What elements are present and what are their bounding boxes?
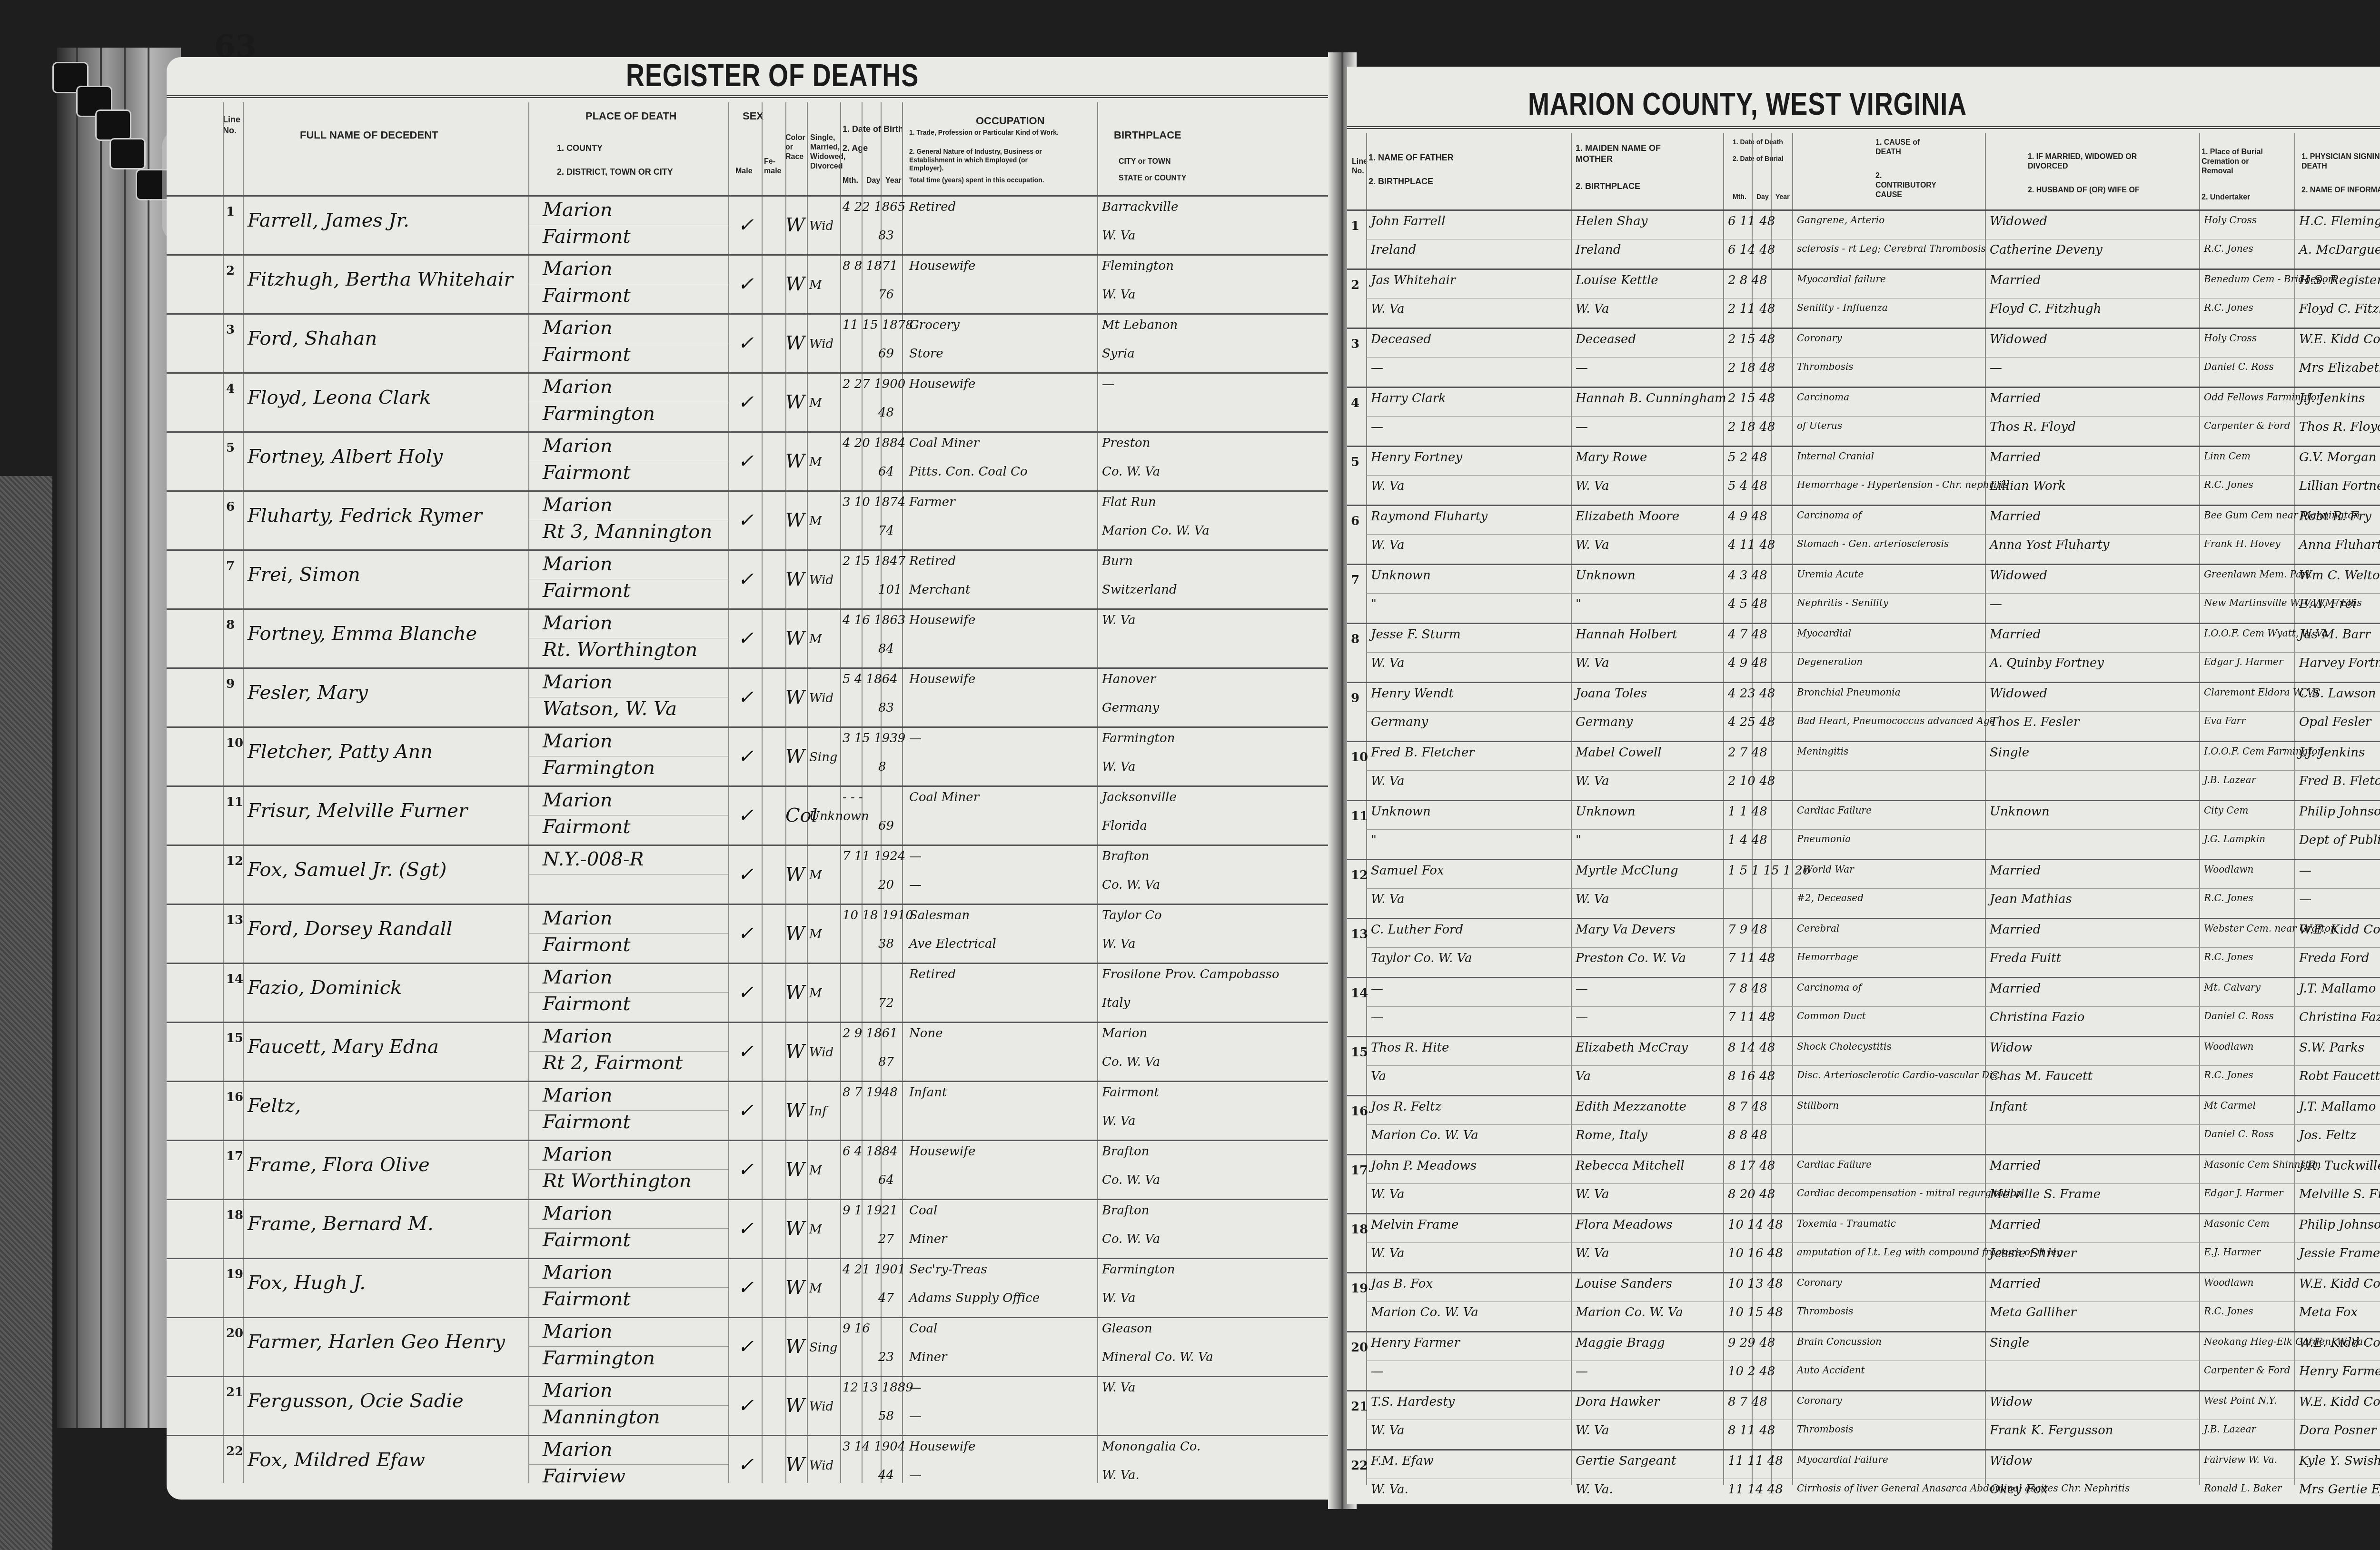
physician-signing: W.E. Kidd Cor bbox=[2299, 332, 2380, 347]
marital-status: Wid bbox=[809, 337, 833, 351]
mother-maiden-name: Edith Mezzanotte bbox=[1576, 1100, 1686, 1114]
father-birthplace: W. Va bbox=[1371, 774, 1405, 788]
cause-of-death: Internal Cranial bbox=[1797, 450, 1874, 462]
date-of-birth: - - - bbox=[843, 790, 863, 805]
place-town: Watson, W. Va bbox=[543, 698, 677, 720]
father-birthplace: — bbox=[1371, 361, 1383, 375]
father-name: Harry Clark bbox=[1371, 391, 1446, 406]
mother-maiden-name: Flora Meadows bbox=[1576, 1218, 1673, 1232]
age: 48 bbox=[878, 406, 894, 420]
row-divider bbox=[167, 963, 1342, 964]
informant-name: Melville S. Frame bbox=[2299, 1187, 2380, 1202]
hdr-dob: 1. Date of Birth bbox=[843, 124, 903, 135]
birthplace-state: Co. W. Va bbox=[1102, 465, 1160, 479]
row-subdivider bbox=[1366, 1361, 2380, 1361]
father-birthplace: — bbox=[1371, 1010, 1383, 1024]
undertaker: Eva Farr bbox=[2204, 715, 2246, 726]
occupation-trade: Grocery bbox=[909, 318, 960, 332]
sex-male-check: ✓ bbox=[738, 1041, 754, 1063]
date-of-birth: 2 27 1900 bbox=[843, 377, 905, 391]
row-divider bbox=[167, 1317, 1342, 1318]
father-name: Unknown bbox=[1371, 805, 1431, 819]
row-subdivider bbox=[528, 1464, 728, 1465]
age: 76 bbox=[878, 288, 894, 302]
physician-signing: J.R. Tuckwiller bbox=[2299, 1159, 2380, 1173]
date-of-birth: 8 8 1871 bbox=[843, 259, 898, 273]
row-subdivider bbox=[1366, 829, 2380, 830]
birthplace-city: Brafton bbox=[1102, 1203, 1150, 1218]
father-name: F.M. Efaw bbox=[1371, 1454, 1434, 1468]
line-number: 17 bbox=[1351, 1163, 1368, 1178]
row-subdivider bbox=[1366, 357, 2380, 358]
hdr-occ-sub2: 2. General Nature of Industry, Business … bbox=[909, 148, 1061, 173]
spouse-name: Jessie Shriver bbox=[1990, 1246, 2076, 1261]
date-of-birth: 2 9 1861 bbox=[843, 1026, 898, 1041]
place-town: Rt 2, Fairmont bbox=[543, 1052, 683, 1074]
father-name: — bbox=[1371, 982, 1383, 996]
line-number: 19 bbox=[1351, 1282, 1368, 1296]
place-town: Rt 3, Mannington bbox=[543, 521, 712, 543]
date-of-death: 2 8 48 bbox=[1728, 273, 1767, 288]
marital-status: Married bbox=[1990, 391, 2041, 406]
burial-place: Holy Cross bbox=[2204, 214, 2257, 226]
birthplace-state: W. Va bbox=[1102, 937, 1136, 951]
undertaker: Carpenter & Ford bbox=[2204, 1364, 2290, 1376]
race: W bbox=[785, 1454, 805, 1476]
date-of-death: 2 15 48 bbox=[1728, 391, 1775, 406]
row-divider bbox=[1347, 1449, 2380, 1451]
occupation-industry: — bbox=[909, 878, 922, 892]
contributory-cause: Degeneration bbox=[1797, 656, 1863, 667]
marital-status: Single bbox=[1990, 1336, 2029, 1350]
informant-name: — bbox=[2299, 892, 2311, 906]
column-divider bbox=[2294, 133, 2295, 1485]
line-number: 14 bbox=[226, 972, 243, 986]
index-tab[interactable] bbox=[95, 109, 131, 141]
line-number: 5 bbox=[1351, 455, 1359, 469]
decedent-name: Fazio, Dominick bbox=[248, 977, 402, 999]
marital-status: M bbox=[809, 986, 822, 1001]
informant-name: Opal Fesler bbox=[2299, 715, 2371, 729]
birthplace-state: Mineral Co. W. Va bbox=[1102, 1350, 1213, 1364]
row-subdivider bbox=[1366, 1420, 2380, 1420]
line-number: 19 bbox=[226, 1267, 243, 1282]
marital-status: Married bbox=[1990, 450, 2041, 465]
contributory-cause: Cardiac decompensation - mitral regurgit… bbox=[1797, 1187, 2023, 1199]
mother-maiden-name: Gertie Sargeant bbox=[1576, 1454, 1676, 1468]
undertaker: Frank H. Hovey bbox=[2204, 538, 2281, 549]
father-name: Jas Whitehair bbox=[1371, 273, 1456, 288]
date-of-burial: 8 11 48 bbox=[1728, 1423, 1775, 1438]
physician-signing: S.W. Parks bbox=[2299, 1041, 2364, 1055]
place-county: Marion bbox=[543, 907, 613, 929]
row-subdivider bbox=[528, 874, 728, 874]
row-subdivider bbox=[528, 1169, 728, 1170]
age: 64 bbox=[878, 465, 894, 479]
marital-status: Wid bbox=[809, 691, 833, 705]
place-town: Fairmont bbox=[543, 462, 631, 484]
mother-maiden-name: Elizabeth McCray bbox=[1576, 1041, 1688, 1055]
spouse-name: Anna Yost Fluharty bbox=[1990, 538, 2110, 552]
sex-male-check: ✓ bbox=[738, 1336, 754, 1358]
marital-status: Married bbox=[1990, 1218, 2041, 1232]
left-page-number: 63 bbox=[214, 29, 257, 64]
row-subdivider bbox=[528, 1228, 728, 1229]
row-subdivider bbox=[1366, 1479, 2380, 1479]
index-tab[interactable] bbox=[109, 138, 146, 169]
line-number: 12 bbox=[1351, 868, 1368, 883]
row-subdivider bbox=[1366, 1065, 2380, 1066]
place-county: Marion bbox=[543, 258, 613, 280]
physician-signing: Philip Johnson bbox=[2299, 1218, 2380, 1232]
burial-place: Woodlawn bbox=[2204, 1277, 2253, 1288]
undertaker: J.G. Lampkin bbox=[2204, 833, 2265, 845]
hdr-female: Fe-male bbox=[764, 157, 778, 176]
race: W bbox=[785, 1100, 805, 1122]
father-birthplace: W. Va bbox=[1371, 302, 1405, 316]
row-subdivider bbox=[528, 579, 728, 579]
decedent-name: Frame, Flora Olive bbox=[248, 1154, 430, 1176]
date-of-burial: 2 18 48 bbox=[1728, 361, 1775, 375]
date-of-birth: 9 1 1921 bbox=[843, 1203, 898, 1218]
line-number: 6 bbox=[1351, 514, 1359, 528]
occupation-trade: Coal bbox=[909, 1203, 937, 1218]
date-of-birth: 8 7 1948 bbox=[843, 1085, 898, 1100]
date-of-burial: 10 16 48 bbox=[1728, 1246, 1783, 1261]
undertaker: R.C. Jones bbox=[2204, 1305, 2253, 1317]
row-divider bbox=[167, 845, 1342, 846]
sex-male-check: ✓ bbox=[738, 450, 754, 472]
date-of-death: 9 29 48 bbox=[1728, 1336, 1775, 1350]
place-county: Marion bbox=[543, 199, 613, 221]
date-of-death: 7 9 48 bbox=[1728, 923, 1767, 937]
mother-birthplace: Ireland bbox=[1576, 243, 1621, 257]
line-number: 10 bbox=[226, 736, 243, 750]
row-subdivider bbox=[1366, 947, 2380, 948]
date-of-burial: 8 16 48 bbox=[1728, 1069, 1775, 1083]
race: W bbox=[785, 1277, 805, 1299]
line-number: 1 bbox=[1351, 219, 1359, 233]
hdr-color: Color or Race bbox=[785, 133, 804, 162]
mother-maiden-name: Myrtle McClung bbox=[1576, 864, 1678, 878]
date-of-death: 10 13 48 bbox=[1728, 1277, 1783, 1291]
date-of-death: 2 15 48 bbox=[1728, 332, 1775, 347]
row-subdivider bbox=[1366, 534, 2380, 535]
decedent-name: Fox, Mildred Efaw bbox=[248, 1449, 425, 1471]
father-name: Thos R. Hite bbox=[1371, 1041, 1449, 1055]
father-birthplace: Taylor Co. W. Va bbox=[1371, 951, 1472, 965]
place-county: Marion bbox=[543, 1380, 613, 1401]
row-subdivider bbox=[528, 1405, 728, 1406]
decedent-name: Faucett, Mary Edna bbox=[248, 1036, 439, 1058]
mother-birthplace: W. Va. bbox=[1576, 1482, 1613, 1497]
place-county: Marion bbox=[543, 1202, 613, 1224]
place-town: Fairmont bbox=[543, 580, 631, 602]
marital-status: Sing bbox=[809, 750, 838, 765]
hdr-place-of-death: PLACE OF DEATH bbox=[585, 109, 676, 123]
marital-status: Widowed bbox=[1990, 568, 2047, 583]
mother-maiden-name: Unknown bbox=[1576, 805, 1636, 819]
sex-male-check: ✓ bbox=[738, 1277, 754, 1299]
marital-status: Inf bbox=[809, 1104, 827, 1119]
hdr-state-county: STATE or COUNTY bbox=[1119, 174, 1187, 183]
contributory-cause: Pneumonia bbox=[1797, 833, 1851, 845]
row-divider bbox=[167, 726, 1342, 728]
mother-maiden-name: Louise Sanders bbox=[1576, 1277, 1672, 1291]
burial-place: City Cem bbox=[2204, 805, 2249, 816]
mother-birthplace: W. Va bbox=[1576, 538, 1609, 552]
header-rule bbox=[1347, 126, 2380, 129]
line-number: 4 bbox=[226, 382, 235, 396]
marital-status: Wid bbox=[809, 1045, 833, 1060]
burial-place: Greenlawn Mem. Park bbox=[2204, 568, 2312, 580]
marital-status: Widow bbox=[1990, 1041, 2032, 1055]
birthplace-city: Frosilone Prov. Campobasso bbox=[1102, 967, 1279, 982]
physician-signing: Kyle Y. Swisher bbox=[2299, 1454, 2380, 1468]
date-of-burial: 2 10 48 bbox=[1728, 774, 1775, 788]
contributory-cause: Hemorrhage bbox=[1797, 951, 1858, 963]
row-subdivider bbox=[1366, 770, 2380, 771]
age: 74 bbox=[878, 524, 894, 538]
hdr-occ-sub1: 1. Trade, Profession or Particular Kind … bbox=[909, 129, 1061, 137]
column-divider bbox=[223, 102, 224, 1483]
occupation-trade: Coal Miner bbox=[909, 436, 979, 450]
occupation-trade: Infant bbox=[909, 1085, 947, 1100]
father-name: T.S. Hardesty bbox=[1371, 1395, 1455, 1409]
cause-of-death: Bronchial Pneumonia bbox=[1797, 686, 1901, 698]
father-birthplace: W. Va bbox=[1371, 1246, 1405, 1261]
occupation-industry: — bbox=[909, 1409, 922, 1423]
marital-status: M bbox=[809, 1282, 822, 1296]
undertaker: J.B. Lazear bbox=[2204, 1423, 2256, 1435]
marital-status: Unknown bbox=[809, 809, 869, 824]
contributory-cause: Thrombosis bbox=[1797, 361, 1854, 372]
row-divider bbox=[167, 785, 1342, 787]
date-of-birth: 3 15 1939 bbox=[843, 731, 905, 745]
race: W bbox=[785, 450, 805, 472]
contributory-cause: Disc. Arteriosclerotic Cardio-vascular D… bbox=[1797, 1069, 2000, 1081]
father-name: Samuel Fox bbox=[1371, 864, 1444, 878]
place-county: Marion bbox=[543, 1439, 613, 1461]
age: 83 bbox=[878, 229, 894, 243]
row-divider bbox=[1347, 1331, 2380, 1332]
birthplace-state: Co. W. Va bbox=[1102, 1232, 1160, 1246]
date-of-death: 11 11 48 bbox=[1728, 1454, 1783, 1468]
father-name: C. Luther Ford bbox=[1371, 923, 1463, 937]
column-divider bbox=[728, 102, 729, 1483]
line-number: 16 bbox=[1351, 1104, 1368, 1119]
row-subdivider bbox=[528, 1346, 728, 1347]
race: W bbox=[785, 864, 805, 885]
birthplace-city: Brafton bbox=[1102, 849, 1150, 864]
spouse-name: Chas M. Faucett bbox=[1990, 1069, 2092, 1083]
father-birthplace: Ireland bbox=[1371, 243, 1416, 257]
place-county: Marion bbox=[543, 730, 613, 752]
race: W bbox=[785, 273, 805, 295]
decedent-name: Ford, Shahan bbox=[248, 328, 377, 349]
mother-maiden-name: Dora Hawker bbox=[1576, 1395, 1660, 1409]
birthplace-state: Switzerland bbox=[1102, 583, 1177, 597]
burial-place: Woodlawn bbox=[2204, 1041, 2253, 1052]
sex-male-check: ✓ bbox=[738, 391, 754, 413]
row-divider bbox=[167, 667, 1342, 669]
physician-signing: Jas M. Barr bbox=[2299, 627, 2370, 642]
row-subdivider bbox=[528, 815, 728, 815]
row-subdivider bbox=[1366, 593, 2380, 594]
date-of-birth: 2 15 1847 bbox=[843, 554, 905, 568]
row-divider bbox=[1347, 1390, 2380, 1391]
date-of-burial: 1 4 48 bbox=[1728, 833, 1767, 847]
hdr-full-name: FULL NAME OF DECEDENT bbox=[300, 129, 438, 142]
age: 83 bbox=[878, 701, 894, 715]
race: W bbox=[785, 1395, 805, 1417]
father-birthplace: Marion Co. W. Va bbox=[1371, 1305, 1478, 1320]
contributory-cause: Thrombosis bbox=[1797, 1305, 1854, 1317]
line-number: 12 bbox=[226, 854, 243, 868]
line-number: 3 bbox=[1351, 337, 1359, 351]
decedent-name: Fox, Samuel Jr. (Sgt) bbox=[248, 859, 446, 881]
cause-of-death: Carcinoma bbox=[1797, 391, 1849, 403]
cause-of-death: Gangrene, Arterio bbox=[1797, 214, 1884, 226]
hdr-physician: 1. PHYSICIAN SIGNING CERTIFICATE OF DEAT… bbox=[2301, 152, 2380, 171]
sex-male-check: ✓ bbox=[738, 982, 754, 1004]
race: W bbox=[785, 214, 805, 236]
marital-status: M bbox=[809, 868, 822, 883]
spouse-name: Catherine Deveny bbox=[1990, 243, 2102, 257]
occupation-trade: Coal Miner bbox=[909, 790, 979, 805]
race: W bbox=[785, 745, 805, 767]
mother-maiden-name: Joana Toles bbox=[1576, 686, 1647, 701]
birthplace-state: Syria bbox=[1102, 347, 1135, 361]
occupation-industry: Miner bbox=[909, 1232, 947, 1246]
occupation-trade: Salesman bbox=[909, 908, 970, 923]
contributory-cause: #2, Deceased bbox=[1797, 892, 1864, 904]
sex-male-check: ✓ bbox=[738, 864, 754, 885]
row-subdivider bbox=[528, 402, 728, 402]
mother-birthplace: W. Va bbox=[1576, 302, 1609, 316]
row-subdivider bbox=[1366, 1006, 2380, 1007]
contributory-cause: Cirrhosis of liver General Anasarca Abdo… bbox=[1797, 1482, 2130, 1494]
sex-male-check: ✓ bbox=[738, 214, 754, 236]
sex-male-check: ✓ bbox=[738, 686, 754, 708]
marital-status: Wid bbox=[809, 1459, 833, 1473]
cause-of-death: Carcinoma of bbox=[1797, 982, 1862, 993]
father-birthplace: " bbox=[1371, 833, 1377, 847]
occupation-trade: Housewife bbox=[909, 1440, 975, 1454]
place-town: Fairmont bbox=[543, 226, 631, 248]
place-town: Rt. Worthington bbox=[543, 639, 697, 661]
date-of-death: 8 14 48 bbox=[1728, 1041, 1775, 1055]
spouse-name: Floyd C. Fitzhugh bbox=[1990, 302, 2101, 316]
hdr-line-no: Line No. bbox=[223, 114, 242, 136]
contributory-cause: Bad Heart, Pneumococcus advanced Age bbox=[1797, 715, 1995, 726]
cause-of-death: Coronary bbox=[1797, 1277, 1842, 1288]
birthplace-state: W. Va bbox=[1102, 229, 1136, 243]
birthplace-city: Marion bbox=[1102, 1026, 1147, 1041]
line-number: 11 bbox=[1351, 809, 1368, 824]
age: 64 bbox=[878, 1173, 894, 1187]
occupation-industry: — bbox=[909, 1468, 922, 1482]
date-of-burial: 10 15 48 bbox=[1728, 1305, 1783, 1320]
occupation-industry: Pitts. Con. Coal Co bbox=[909, 465, 1028, 479]
line-number: 21 bbox=[226, 1385, 243, 1400]
mother-birthplace: Va bbox=[1576, 1069, 1591, 1083]
spouse-name: Thos R. Floyd bbox=[1990, 420, 2076, 434]
marital-status: Married bbox=[1990, 982, 2041, 996]
marital-status: Married bbox=[1990, 273, 2041, 288]
hdr-mother-bp: 2. BIRTHPLACE bbox=[1576, 181, 1640, 192]
father-birthplace: " bbox=[1371, 597, 1377, 611]
undertaker: Edgar J. Harmer bbox=[2204, 1187, 2283, 1199]
contributory-cause: Senility - Influenza bbox=[1797, 302, 1888, 313]
row-divider bbox=[1347, 328, 2380, 329]
occupation-industry: Ave Electrical bbox=[909, 937, 996, 951]
column-divider bbox=[528, 102, 529, 1483]
row-subdivider bbox=[1366, 475, 2380, 476]
spouse-name: Thos E. Fesler bbox=[1990, 715, 2079, 729]
place-town: Rt Worthington bbox=[543, 1170, 691, 1192]
birthplace-state: Florida bbox=[1102, 819, 1147, 833]
father-birthplace: W. Va bbox=[1371, 479, 1405, 493]
mother-birthplace: W. Va bbox=[1576, 479, 1609, 493]
race: W bbox=[785, 982, 805, 1004]
line-number: 13 bbox=[1351, 927, 1368, 942]
row-divider bbox=[167, 431, 1342, 433]
undertaker: R.C. Jones bbox=[2204, 479, 2253, 490]
row-subdivider bbox=[1366, 652, 2380, 653]
mother-maiden-name: Unknown bbox=[1576, 568, 1636, 583]
mother-birthplace: — bbox=[1576, 361, 1588, 375]
place-county: Marion bbox=[543, 317, 613, 339]
hdr-father: 1. NAME OF FATHER bbox=[1368, 152, 1454, 163]
cause-of-death: - World War bbox=[1797, 864, 1854, 875]
hdr-day: Day bbox=[1756, 193, 1769, 201]
date-of-birth: 11 15 1878 bbox=[843, 318, 913, 332]
sex-male-check: ✓ bbox=[738, 1395, 754, 1417]
cause-of-death: Coronary bbox=[1797, 1395, 1842, 1406]
hdr-occ-sub3: Total time (years) spent in this occupat… bbox=[909, 176, 1061, 185]
row-subdivider bbox=[1366, 416, 2380, 417]
mother-maiden-name: — bbox=[1576, 982, 1588, 996]
date-of-burial: 8 20 48 bbox=[1728, 1187, 1775, 1202]
row-divider bbox=[1347, 1154, 2380, 1155]
header-rule bbox=[167, 95, 1342, 98]
row-subdivider bbox=[528, 343, 728, 343]
row-divider bbox=[167, 1376, 1342, 1377]
race: W bbox=[785, 1159, 805, 1181]
occupation-trade: Housewife bbox=[909, 613, 975, 627]
row-divider bbox=[1347, 623, 2380, 624]
age: 47 bbox=[878, 1291, 894, 1305]
place-county: N.Y.-008-R bbox=[543, 848, 644, 870]
physician-signing: Robt R. Fry bbox=[2299, 509, 2371, 524]
spouse-name: Okey Fox bbox=[1990, 1482, 2048, 1497]
line-number: 14 bbox=[1351, 986, 1368, 1001]
decedent-name: Fortney, Emma Blanche bbox=[248, 623, 477, 645]
occupation-trade: Sec'ry-Treas bbox=[909, 1262, 987, 1277]
burial-place: Woodlawn bbox=[2204, 864, 2253, 875]
line-number: 2 bbox=[1351, 278, 1359, 292]
column-divider bbox=[1571, 133, 1572, 1485]
row-divider bbox=[1347, 564, 2380, 565]
hdr-marital-status: 1. IF MARRIED, WIDOWED OR DIVORCED bbox=[2028, 152, 2171, 171]
burial-place: Mt Carmel bbox=[2204, 1100, 2256, 1111]
row-divider bbox=[167, 490, 1342, 492]
line-number: 7 bbox=[226, 559, 235, 573]
birthplace-city: Hanover bbox=[1102, 672, 1156, 686]
row-subdivider bbox=[1366, 711, 2380, 712]
marital-status: Married bbox=[1990, 864, 2041, 878]
